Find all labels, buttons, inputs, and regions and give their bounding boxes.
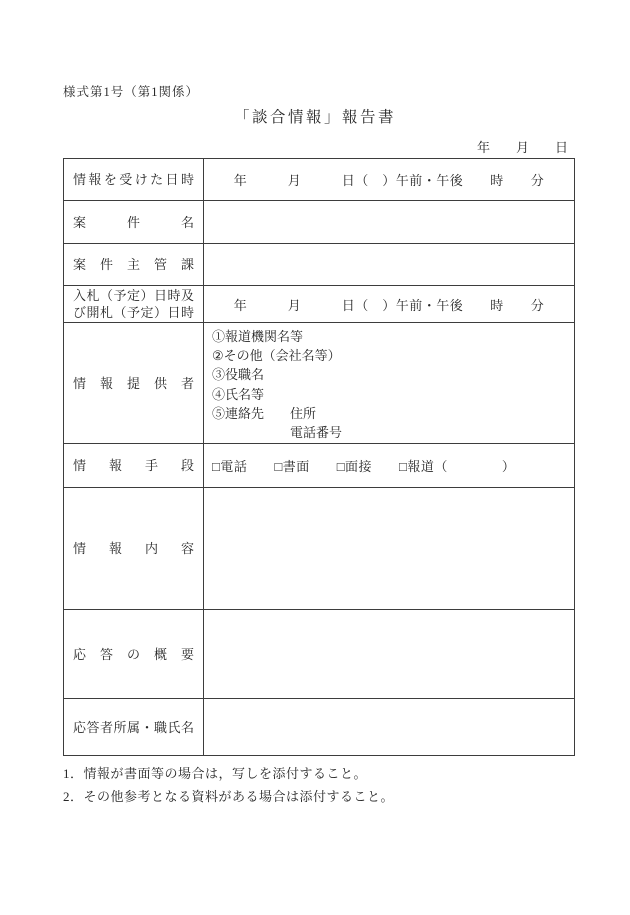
response-summary-field xyxy=(204,610,574,698)
footer-note-2: 2．その他参考となる資料がある場合は添付すること。 xyxy=(63,785,394,808)
info-received-datetime-field: 年 月 日（ ）午前・午後 時 分 xyxy=(204,159,574,200)
row-label: 応答者所属・職氏名 xyxy=(73,719,194,736)
document-page: 様式第1号（第1関係） 「談合情報」報告書 年 月 日 情報を受けた日時 年 月… xyxy=(0,0,630,915)
responder-name-field xyxy=(204,699,574,755)
row-label: 情報提供者 xyxy=(73,375,194,392)
report-form-table: 情報を受けた日時 年 月 日（ ）午前・午後 時 分 案件名 案件主管課 入札（… xyxy=(63,158,575,756)
row-label-cell: 案件名 xyxy=(64,201,204,243)
table-row-info-method: 情報手段 □電話 □書面 □面接 □報道（ ） xyxy=(64,444,574,488)
case-managing-division-field xyxy=(204,244,574,285)
bid-opening-datetime-field: 年 月 日（ ）午前・午後 時 分 xyxy=(204,286,574,322)
table-row-case-managing-division: 案件主管課 xyxy=(64,244,574,286)
report-date-line: 年 月 日 xyxy=(63,137,575,156)
row-label: 応答の概要 xyxy=(73,646,194,663)
row-label-cell: 案件主管課 xyxy=(64,244,204,285)
info-content-field xyxy=(204,488,574,609)
table-row-response-summary: 応答の概要 xyxy=(64,610,574,699)
row-label-cell: 入札（予定）日時及 び開札（予定）日時 xyxy=(64,286,204,322)
row-label: 情報を受けた日時 xyxy=(73,171,194,188)
row-label: 情報手段 xyxy=(73,457,194,474)
row-label: 情報内容 xyxy=(73,540,194,557)
row-label-cell: 情報提供者 xyxy=(64,323,204,443)
page-title: 「談合情報」報告書 xyxy=(0,105,630,127)
table-row-info-received-datetime: 情報を受けた日時 年 月 日（ ）午前・午後 時 分 xyxy=(64,159,574,201)
info-method-checkboxes: □電話 □書面 □面接 □報道（ ） xyxy=(204,444,574,487)
row-label-cell: 情報を受けた日時 xyxy=(64,159,204,200)
row-label-cell: 応答者所属・職氏名 xyxy=(64,699,204,755)
table-row-info-content: 情報内容 xyxy=(64,488,574,610)
row-label-cell: 情報手段 xyxy=(64,444,204,487)
table-row-responder-name: 応答者所属・職氏名 xyxy=(64,699,574,755)
table-row-bid-opening-datetime: 入札（予定）日時及 び開札（予定）日時 年 月 日（ ）午前・午後 時 分 xyxy=(64,286,574,323)
form-number: 様式第1号（第1関係） xyxy=(63,82,199,100)
row-label: 入札（予定）日時及 び開札（予定）日時 xyxy=(73,287,194,321)
table-row-info-provider: 情報提供者 ①報道機関名等 ②その他（会社名等） ③役職名 ④氏名等 ⑤連絡先 … xyxy=(64,323,574,444)
info-provider-field: ①報道機関名等 ②その他（会社名等） ③役職名 ④氏名等 ⑤連絡先 住所 電話番… xyxy=(204,323,574,443)
row-label-cell: 応答の概要 xyxy=(64,610,204,698)
row-label-cell: 情報内容 xyxy=(64,488,204,609)
case-name-field xyxy=(204,201,574,243)
footer-notes: 1．情報が書面等の場合は，写しを添付すること。 2．その他参考となる資料がある場… xyxy=(63,762,394,808)
table-row-case-name: 案件名 xyxy=(64,201,574,244)
row-label: 案件名 xyxy=(73,214,194,231)
footer-note-1: 1．情報が書面等の場合は，写しを添付すること。 xyxy=(63,762,394,785)
row-label: 案件主管課 xyxy=(73,256,194,273)
